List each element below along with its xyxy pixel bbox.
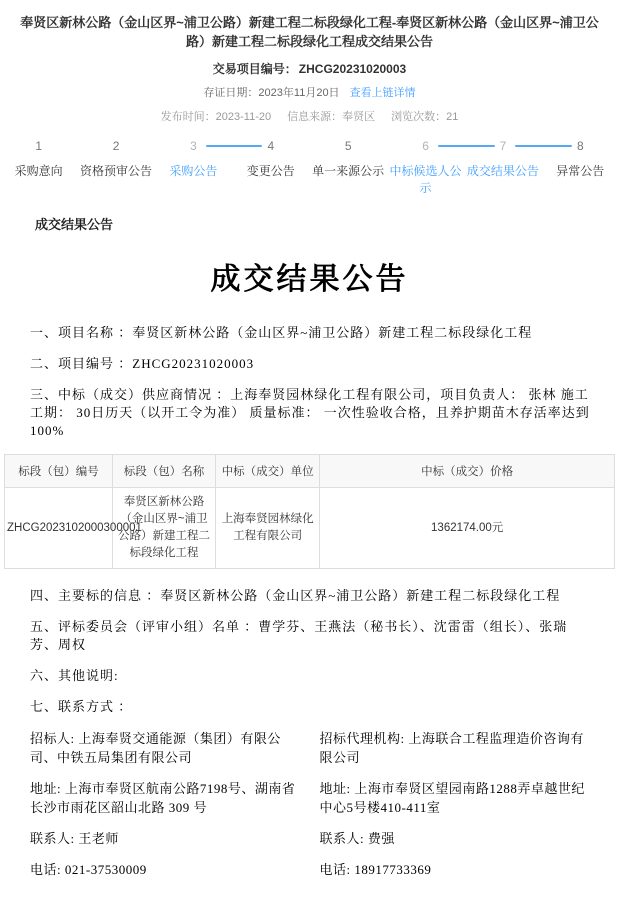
table-row: ZHCG2023102000300001 奉贤区新林公路（金山区界~浦卫公路）新… xyxy=(5,488,615,569)
agency-name: 招标代理机构: 上海联合工程监理造价咨询有限公司 xyxy=(320,729,596,767)
project-number-value: ZHCG20231020003 xyxy=(299,62,406,76)
announcement-title: 成交结果公告 xyxy=(0,254,619,298)
agency-address: 地址: 上海市奉贤区望园南路1288弄卓越世纪中心5号楼410-411室 xyxy=(320,779,596,817)
step-label: 采购意向 xyxy=(0,162,77,179)
result-table: 标段（包）编号 标段（包）名称 中标（成交）单位 中标（成交）价格 ZHCG20… xyxy=(4,454,615,569)
step-number: 2 xyxy=(77,139,154,153)
step-procurement-notice[interactable]: 3 采购公告 xyxy=(155,139,232,196)
table-header-row: 标段（包）编号 标段（包）名称 中标（成交）单位 中标（成交）价格 xyxy=(5,455,615,488)
publish-info-row: 发布时间：2023-11-20信息来源：奉贤区浏览次数：21 xyxy=(0,108,619,124)
para-other-notes: 六、其他说明: xyxy=(30,667,593,685)
announcement-stepper: 1 采购意向 2 资格预审公告 3 采购公告 4 变更公告 5 单一来源公示 6… xyxy=(0,139,619,196)
step-abnormal-notice: 8 异常公告 xyxy=(542,139,619,196)
para-subject-info: 四、主要标的信息 ：奉贤区新林公路（金山区界~浦卫公路）新建工程二标段绿化工程 xyxy=(30,587,593,605)
cert-date-row: 存证日期：2023年11月20日查看上链详情 xyxy=(0,84,619,100)
step-purchase-intent: 1 采购意向 xyxy=(0,139,77,196)
col-header-winning-unit: 中标（成交）单位 xyxy=(216,455,320,488)
contact-section: 招标人: 上海奉贤交通能源（集团）有限公司、中铁五局集团有限公司 地址: 上海市… xyxy=(30,729,595,891)
contact-col-tenderer: 招标人: 上海奉贤交通能源（集团）有限公司、中铁五局集团有限公司 地址: 上海市… xyxy=(30,729,306,891)
para-supplier-info: 三、中标（成交）供应商情况 ：上海奉贤园林绿化工程有限公司，项目负责人： 张林 … xyxy=(30,386,593,440)
step-prequalification: 2 资格预审公告 xyxy=(77,139,154,196)
stepper-connector xyxy=(515,145,572,147)
para-project-name: 一、项目名称 ：奉贤区新林公路（金山区界~浦卫公路）新建工程二标段绿化工程 xyxy=(30,324,593,342)
tenderer-address: 地址: 上海市奉贤区航南公路7198号、湖南省长沙市雨花区韶山北路 309 号 xyxy=(30,779,306,817)
para-contact-heading: 七、联系方式 ： xyxy=(30,698,593,716)
step-single-source: 5 单一来源公示 xyxy=(310,139,387,196)
step-candidate-publicity[interactable]: 6 中标候选人公示 xyxy=(387,139,464,196)
bottom-spacer xyxy=(0,891,619,905)
section-label: 成交结果公告 xyxy=(35,214,619,233)
cell-winning-unit: 上海奉贤园林绿化工程有限公司 xyxy=(216,488,320,569)
col-header-package-name: 标段（包）名称 xyxy=(112,455,215,488)
step-change-notice: 4 变更公告 xyxy=(232,139,309,196)
agency-contact-person: 联系人: 费强 xyxy=(320,829,596,848)
step-label: 单一来源公示 xyxy=(310,162,387,179)
para-project-number: 二、项目编号 ：ZHCG20231020003 xyxy=(30,355,593,373)
stepper-connector xyxy=(206,145,263,147)
project-number-row: 交易项目编号：ZHCG20231020003 xyxy=(0,60,619,77)
agency-phone: 电话: 18917733369 xyxy=(320,860,596,879)
step-result-announcement[interactable]: 7 成交结果公告 xyxy=(464,139,541,196)
step-label[interactable]: 成交结果公告 xyxy=(464,162,541,179)
tenderer-phone: 电话: 021-37530009 xyxy=(30,860,306,879)
col-header-package-number: 标段（包）编号 xyxy=(5,455,113,488)
col-header-winning-price: 中标（成交）价格 xyxy=(320,455,615,488)
view-count: 浏览次数：21 xyxy=(391,111,458,123)
stepper-connector xyxy=(438,145,495,147)
step-label: 资格预审公告 xyxy=(77,162,154,179)
cert-date: 存证日期：2023年11月20日 xyxy=(203,87,339,99)
para-committee-list: 五、评标委员会（评审小组）名单 ：曹学芬、王燕法（秘书长）、沈雷雷（组长）、张瑞… xyxy=(30,618,593,654)
publish-time: 发布时间：2023-11-20 xyxy=(161,111,271,123)
view-chain-link[interactable]: 查看上链详情 xyxy=(350,87,416,99)
step-number: 5 xyxy=(310,139,387,153)
cell-package-number: ZHCG2023102000300001 xyxy=(5,488,113,569)
page-title: 奉贤区新林公路（金山区界~浦卫公路）新建工程二标段绿化工程-奉贤区新林公路（金山… xyxy=(12,13,608,51)
project-number-label: 交易项目编号： xyxy=(213,62,297,76)
step-label[interactable]: 中标候选人公示 xyxy=(387,162,464,196)
tenderer-name: 招标人: 上海奉贤交通能源（集团）有限公司、中铁五局集团有限公司 xyxy=(30,729,306,767)
step-label[interactable]: 采购公告 xyxy=(155,162,232,179)
tenderer-contact-person: 联系人: 王老师 xyxy=(30,829,306,848)
step-number: 1 xyxy=(0,139,77,153)
step-label: 变更公告 xyxy=(232,162,309,179)
info-source: 信息来源：奉贤区 xyxy=(287,111,375,123)
cell-winning-price: 1362174.00元 xyxy=(320,488,615,569)
contact-col-agency: 招标代理机构: 上海联合工程监理造价咨询有限公司 地址: 上海市奉贤区望园南路1… xyxy=(306,729,596,891)
step-label: 异常公告 xyxy=(542,162,619,179)
cell-package-name: 奉贤区新林公路（金山区界~浦卫公路）新建工程二标段绿化工程 xyxy=(112,488,215,569)
